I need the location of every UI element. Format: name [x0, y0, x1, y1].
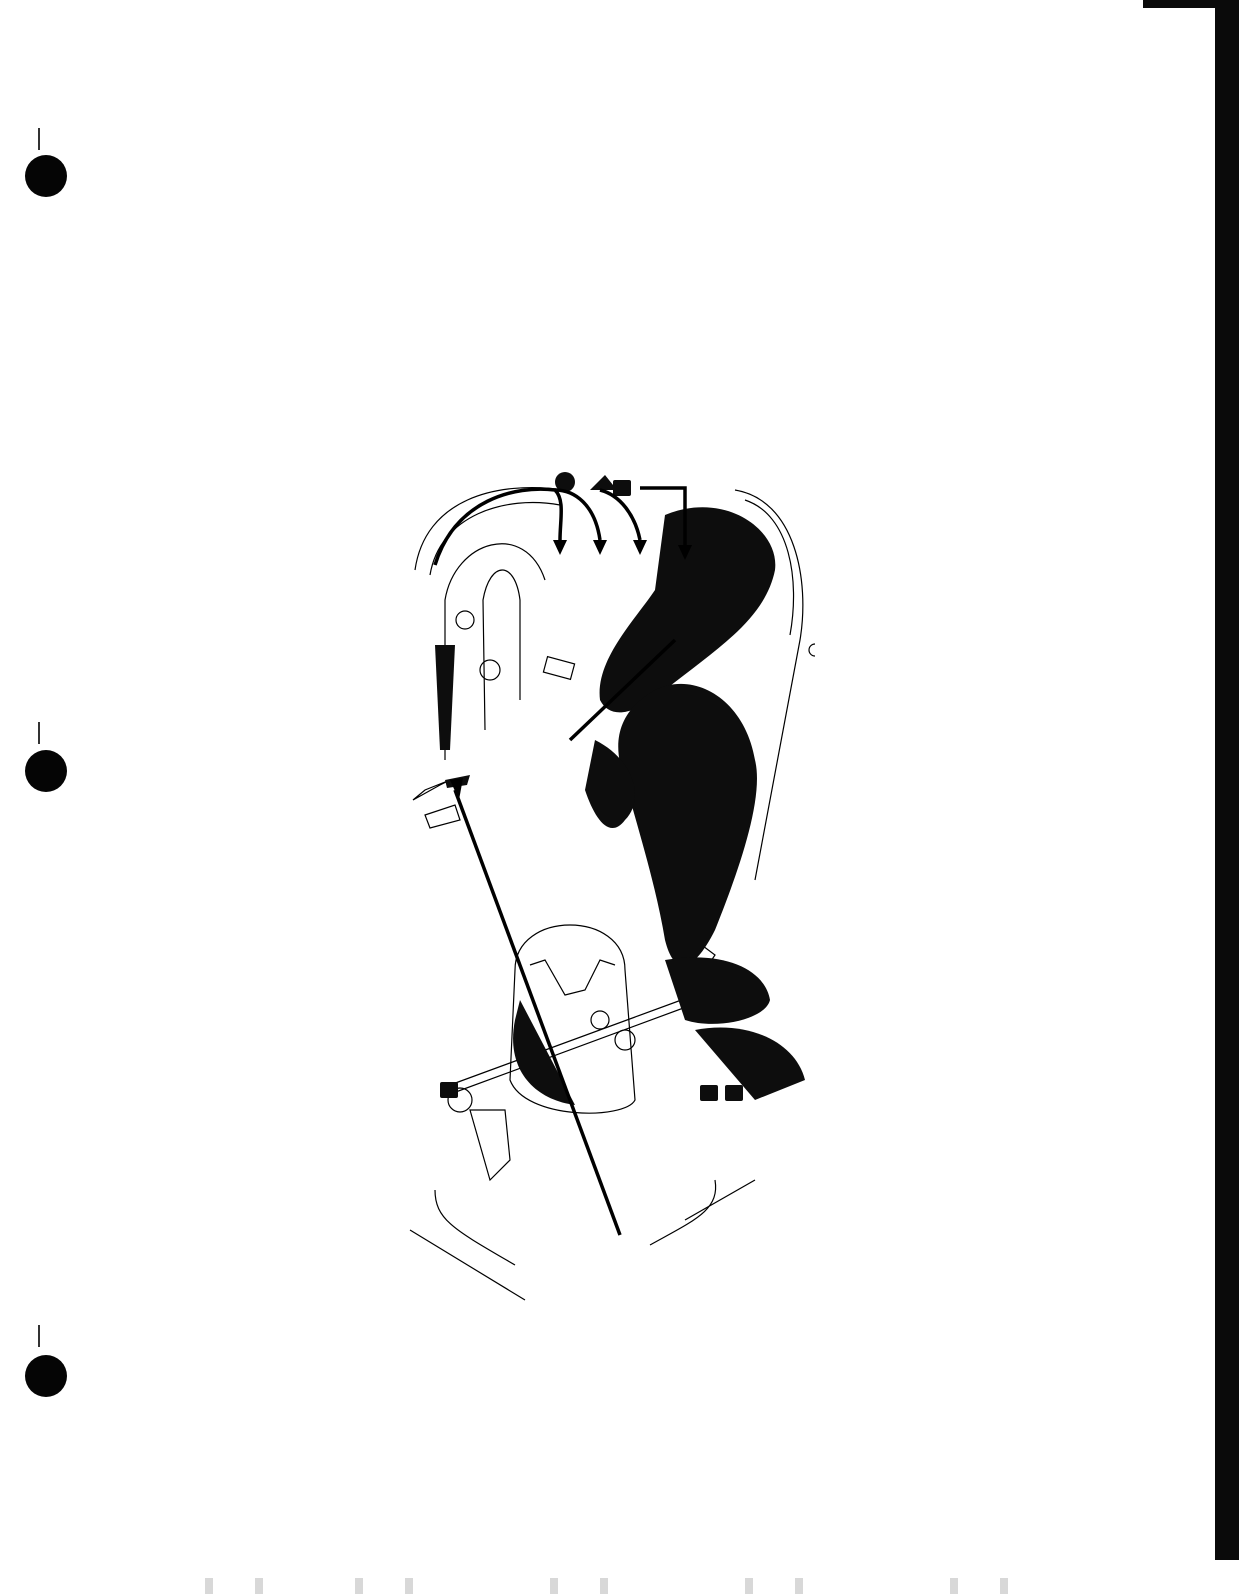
punch-hole-bottom: [25, 1355, 67, 1397]
punch-hole-top: [25, 155, 67, 197]
left-ramp: [445, 544, 545, 760]
left-inner-ramp: [483, 570, 520, 730]
scan-edge-bar: [1215, 0, 1239, 1560]
playfield-diagram: [395, 460, 815, 1320]
right-inlane: [650, 1180, 716, 1245]
punch-hole-mark: [38, 1325, 40, 1347]
ramp-shadow-upper: [600, 507, 776, 712]
shot-arrow-3: [600, 490, 640, 540]
punch-hole-middle: [25, 750, 67, 792]
habit-trail: [450, 995, 697, 1093]
bumper-zigzag: [530, 960, 615, 995]
left-ramp-shadow: [435, 645, 455, 750]
left-target: [425, 805, 460, 828]
ramp-shadow-middle: [618, 684, 757, 966]
triangle-marker: [590, 475, 617, 490]
punch-hole-mark: [38, 722, 40, 744]
punch-hole-mark: [38, 128, 40, 150]
shot-arrow-orbit: [435, 489, 561, 565]
left-slingshot: [470, 1110, 510, 1180]
left-outlane: [410, 1230, 525, 1300]
left-inlane: [435, 1190, 515, 1265]
ramp-shadow-lower: [665, 957, 770, 1024]
scan-bottom-artifacts: [0, 1576, 1239, 1596]
